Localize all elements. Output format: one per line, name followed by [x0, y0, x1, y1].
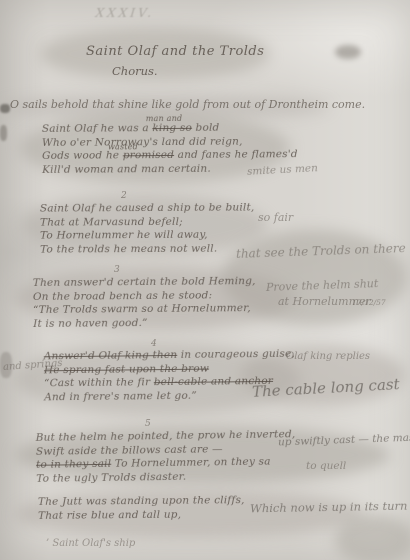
stanza-number: 4	[151, 339, 157, 349]
stanza-number: 5	[145, 419, 151, 429]
stanza-5: But the helm he pointed, the prow he inv…	[36, 428, 296, 486]
stanza-2: Saint Olaf he caused a ship to be built,…	[40, 201, 255, 256]
stanza-number: 3	[114, 265, 120, 275]
verse-text: Kill'd woman and man certain.	[42, 162, 211, 175]
verse-line: To Hornelummer he will away,	[40, 228, 255, 243]
verse-line: To the trolds he means not well.	[40, 242, 255, 257]
verse-line: That rise blue and tall up,	[38, 508, 245, 523]
verse-text: and fanes he flames'd	[174, 148, 298, 161]
struck-text: king so	[152, 122, 192, 134]
verse-text: Who o'er Norroway's land did reign,	[42, 135, 243, 148]
verse-text: The Jutt was standing upon the cliffs,	[38, 494, 245, 508]
verse-text: bold	[192, 122, 220, 134]
stain	[335, 515, 410, 560]
verse-text: That rise blue and tall up,	[38, 508, 181, 521]
stanza-3: Then answer'd certain the bold Heming, O…	[33, 275, 256, 331]
footer-fragment: ’ Saint Olaf's ship	[46, 538, 135, 549]
verse-text: To the trolds he means not well.	[40, 242, 217, 255]
margin-note: up swiftly cast — the mast	[278, 432, 410, 449]
verse-text: It is no haven good.”	[33, 316, 148, 329]
stanza-6: The Jutt was standing upon the cliffs, T…	[38, 494, 245, 523]
struck-text: He sprang fast upon the brow	[44, 362, 209, 376]
page-numeral: XXXIV.	[74, 6, 175, 20]
margin-note-date: 17/12/57	[352, 298, 386, 307]
verse-text: That at Marvasund befell;	[40, 215, 183, 228]
margin-note: so fair	[258, 211, 293, 224]
stanza-number: 2	[121, 191, 127, 201]
inserted-word: wasted	[108, 143, 138, 151]
verse-text: To Hornelummer he will away,	[40, 229, 208, 242]
struck-text: Answer'd Olaf king then	[44, 349, 178, 362]
margin-note: Prove the helm shut	[266, 277, 379, 294]
verse-text: On the broad bench as he stood:	[33, 289, 212, 303]
verse-text: To the ugly Trolds disaster.	[36, 470, 186, 484]
verse-text: Swift aside the billows cast are —	[36, 443, 223, 458]
inserted-word: man and	[146, 115, 183, 123]
margin-note: that see the Trolds on there	[236, 241, 406, 261]
verse-text: in courageous guise,	[177, 348, 295, 361]
verse-text: Then answer'd certain the bold Heming,	[33, 275, 256, 289]
verse-text: Saint Olaf he caused a ship to be built,	[40, 201, 255, 214]
stain	[335, 45, 361, 59]
poem-title: Saint Olaf and the Trolds	[86, 44, 264, 59]
verse-text: To Hornelummer, on they sa	[111, 456, 271, 470]
struck-text: to in they sail	[36, 458, 111, 471]
margin-note: to quell	[306, 460, 346, 472]
margin-note: Olaf king replies	[286, 351, 370, 362]
verse-line: That at Marvasund befell;	[40, 215, 255, 230]
edge-mark	[0, 125, 7, 141]
verse-line: Saint Olaf he caused a ship to be built,	[40, 201, 255, 216]
chorus-line: O sails behold that shine like gold from…	[10, 98, 365, 111]
edge-mark	[0, 104, 10, 113]
verse-text: Saint Olaf he was a	[42, 122, 153, 135]
verse-text: “Cast within the fir	[44, 376, 154, 389]
verse-text: “The Trolds swarm so at Hornelummer,	[33, 302, 251, 316]
margin-note: Which now is up in its turn	[250, 499, 408, 516]
margin-note: smite us men	[247, 162, 318, 178]
manuscript-page: XXXIV. Saint Olaf and the Trolds Chorus.…	[0, 0, 410, 560]
chorus-heading: Chorus.	[112, 64, 158, 78]
verse-line: It is no haven good.”	[33, 316, 256, 331]
verse-line: To the ugly Trolds disaster.	[36, 469, 296, 486]
verse-text: And in frere's name let go.”	[44, 389, 197, 403]
